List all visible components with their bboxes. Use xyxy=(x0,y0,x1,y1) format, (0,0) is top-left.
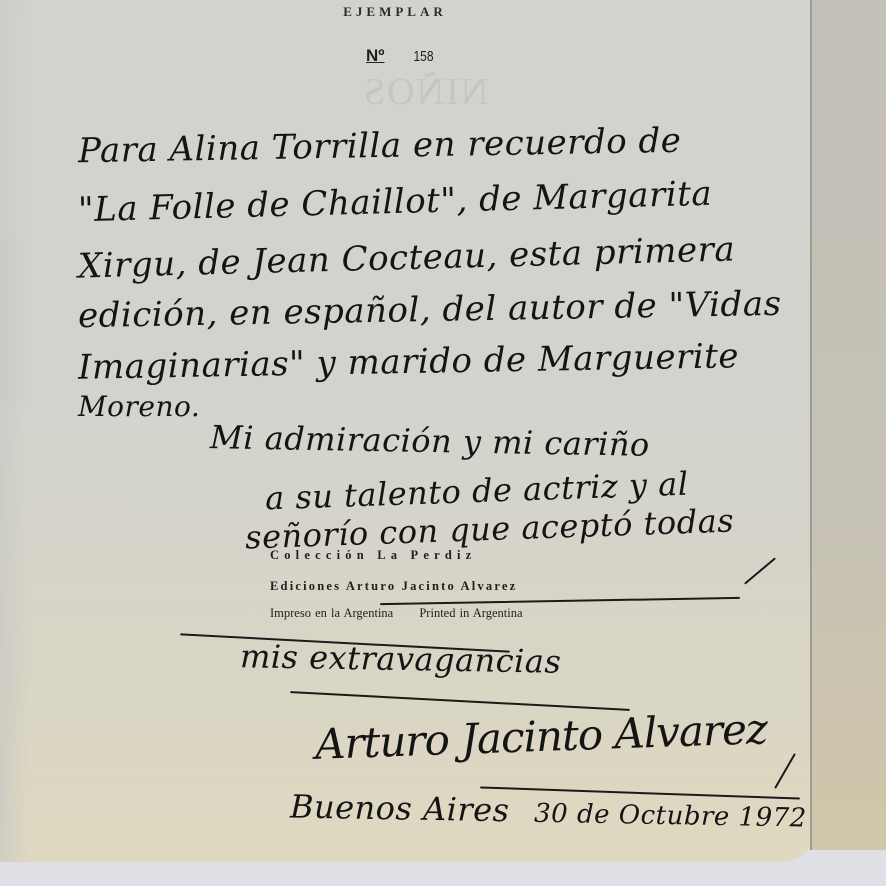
adjacent-page-edge xyxy=(810,0,886,850)
book-page: NIÑOS EJEMPLAR Nº 158 Para Alina Torrill… xyxy=(0,0,810,862)
signature-tail-stroke xyxy=(774,753,796,789)
inscription-line: Imaginarias" y marido de Marguerite xyxy=(78,336,740,388)
printed-english: Printed in Argentina xyxy=(419,606,522,620)
copy-number: 158 xyxy=(414,48,434,65)
flourish-tail-stroke xyxy=(744,557,776,584)
colophon-collection: Colección La Perdiz xyxy=(270,548,476,563)
number-prefix: Nº xyxy=(366,46,385,65)
printed-spanish: Impreso en la Argentina xyxy=(270,606,393,620)
inscription-line: mis extravagancias xyxy=(240,637,562,681)
inscription-line: Xirgu, de Jean Cocteau, esta primera xyxy=(78,229,736,286)
inscription-line: "La Folle de Chaillot", de Margarita xyxy=(78,174,713,231)
inscription-line: Mi admiración y mi cariño xyxy=(210,418,650,464)
colophon-printed: Impreso en la Argentina Printed in Argen… xyxy=(270,606,523,621)
flourish-stroke xyxy=(380,597,740,605)
inscription-line: Para Alina Torrilla en recuerdo de xyxy=(78,121,682,172)
date: 30 de Octubre 1972 xyxy=(534,799,807,834)
edition-label: EJEMPLAR xyxy=(0,4,790,20)
place: Buenos Aires xyxy=(290,787,510,829)
inscription-line: Moreno. xyxy=(78,390,200,423)
edition-number: Nº 158 xyxy=(366,46,436,66)
colophon-publisher: Ediciones Arturo Jacinto Alvarez xyxy=(270,579,517,594)
bleed-through-title: NIÑOS xyxy=(300,70,550,114)
underline-stroke xyxy=(290,691,630,711)
place-and-date: Buenos Aires 30 de Octubre 1972 xyxy=(290,787,807,834)
signature: Arturo Jacinto Alvarez xyxy=(314,704,767,769)
inscription-line: edición, en español, del autor de "Vidas xyxy=(78,284,782,336)
